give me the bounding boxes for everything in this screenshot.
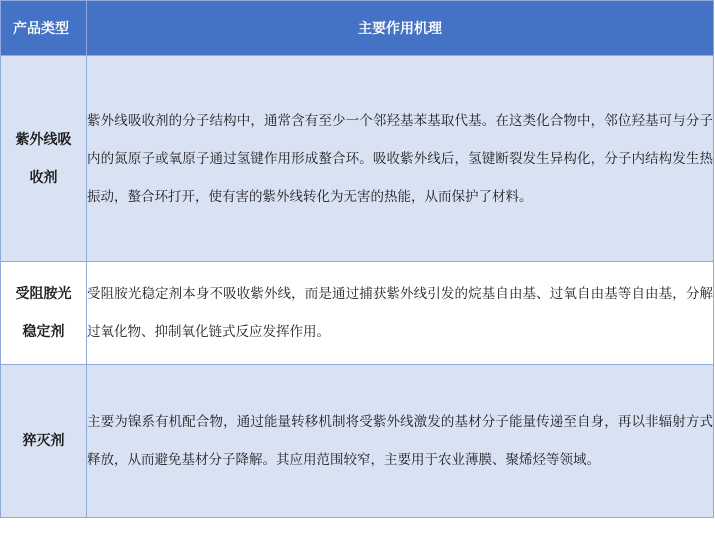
header-row: 产品类型 主要作用机理	[1, 1, 714, 56]
table-row: 受阻胺光 稳定剂 受阻胺光稳定剂本身不吸收紫外线，而是通过捕获紫外线引发的烷基自…	[1, 262, 714, 365]
product-type-line: 紫外线吸	[16, 132, 72, 148]
mechanism-cell: 紫外线吸收剂的分子结构中，通常含有至少一个邻羟基苯基取代基。在这类化合物中，邻位…	[87, 56, 714, 262]
header-product-type: 产品类型	[1, 1, 87, 56]
product-type-cell: 受阻胺光 稳定剂	[1, 262, 87, 365]
product-type-cell: 猝灭剂	[1, 365, 87, 518]
header-mechanism: 主要作用机理	[87, 1, 714, 56]
uv-stabilizer-mechanism-table: 产品类型 主要作用机理 紫外线吸 收剂 紫外线吸收剂的分子结构中，通常含有至少一…	[0, 0, 714, 518]
mechanism-cell: 主要为镍系有机配合物，通过能量转移机制将受紫外线激发的基材分子能量传递至自身，再…	[87, 365, 714, 518]
table-row: 猝灭剂 主要为镍系有机配合物，通过能量转移机制将受紫外线激发的基材分子能量传递至…	[1, 365, 714, 518]
product-type-line: 猝灭剂	[23, 433, 65, 449]
product-type-line: 收剂	[30, 170, 58, 186]
table-row: 紫外线吸 收剂 紫外线吸收剂的分子结构中，通常含有至少一个邻羟基苯基取代基。在这…	[1, 56, 714, 262]
product-type-cell: 紫外线吸 收剂	[1, 56, 87, 262]
product-type-line: 稳定剂	[23, 324, 65, 340]
mechanism-cell: 受阻胺光稳定剂本身不吸收紫外线，而是通过捕获紫外线引发的烷基自由基、过氧自由基等…	[87, 262, 714, 365]
product-type-line: 受阻胺光	[16, 286, 72, 302]
